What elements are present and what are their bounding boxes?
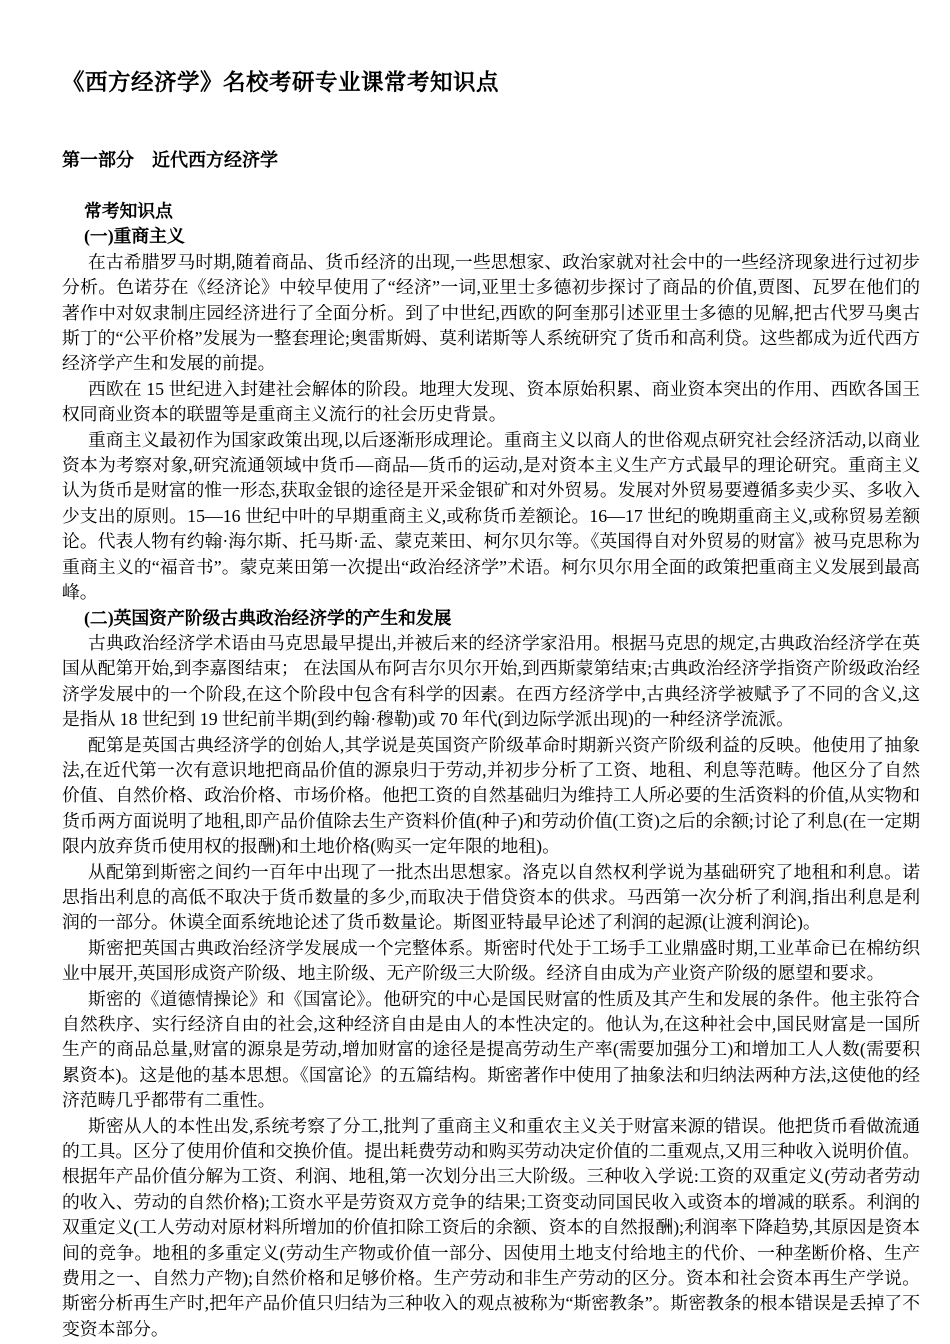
document-body: 常考知识点 (一)重商主义 在古希腊罗马时期,随着商品、货币经济的出现,一些思想…: [62, 199, 920, 1342]
paragraph-smith-system: 斯密把英国古典政治经济学发展成一个完整体系。斯密时代处于工场手工业鼎盛时期,工业…: [62, 936, 920, 987]
paragraph-mercantilism-theory: 重商主义最初作为国家政策出现,以后逐渐形成理论。重商主义以商人的世俗观点研究社会…: [62, 428, 920, 606]
section-heading-mercantilism: (一)重商主义: [62, 224, 920, 249]
document-title: 《西方经济学》名校考研专业课常考知识点: [62, 69, 499, 97]
section-heading-changkao: 常考知识点: [62, 199, 920, 224]
paragraph-smith-works: 斯密的《道德情操论》和《国富论》。他研究的中心是国民财富的性质及其产生和发展的条…: [62, 987, 920, 1114]
section-heading-classical-political-economy: (二)英国资产阶级古典政治经济学的产生和发展: [62, 606, 920, 631]
part-heading: 第一部分 近代西方经济学: [62, 149, 278, 171]
document-page: 《西方经济学》名校考研专业课常考知识点 第一部分 近代西方经济学 常考知识点 (…: [0, 0, 950, 1344]
paragraph-classical-term: 古典政治经济学术语由马克思最早提出,并被后来的经济学家沿用。根据马克思的规定,古…: [62, 631, 920, 733]
paragraph-petty: 配第是英国古典经济学的创始人,其学说是英国资产阶级革命时期新兴资产阶级利益的反映…: [62, 733, 920, 860]
paragraph-petty-to-smith: 从配第到斯密之间约一百年中出现了一批杰出思想家。洛克以自然权利学说为基础研究了地…: [62, 860, 920, 936]
paragraph-ancient-origins: 在古希腊罗马时期,随着商品、货币经济的出现,一些思想家、政治家就对社会中的一些经…: [62, 250, 920, 377]
paragraph-smith-doctrines: 斯密从人的本性出发,系统考察了分工,批判了重商主义和重农主义关于财富来源的错误。…: [62, 1114, 920, 1343]
paragraph-15th-century-background: 西欧在 15 世纪进入封建社会解体的阶段。地理大发现、资本原始积累、商业资本突出…: [62, 377, 920, 428]
